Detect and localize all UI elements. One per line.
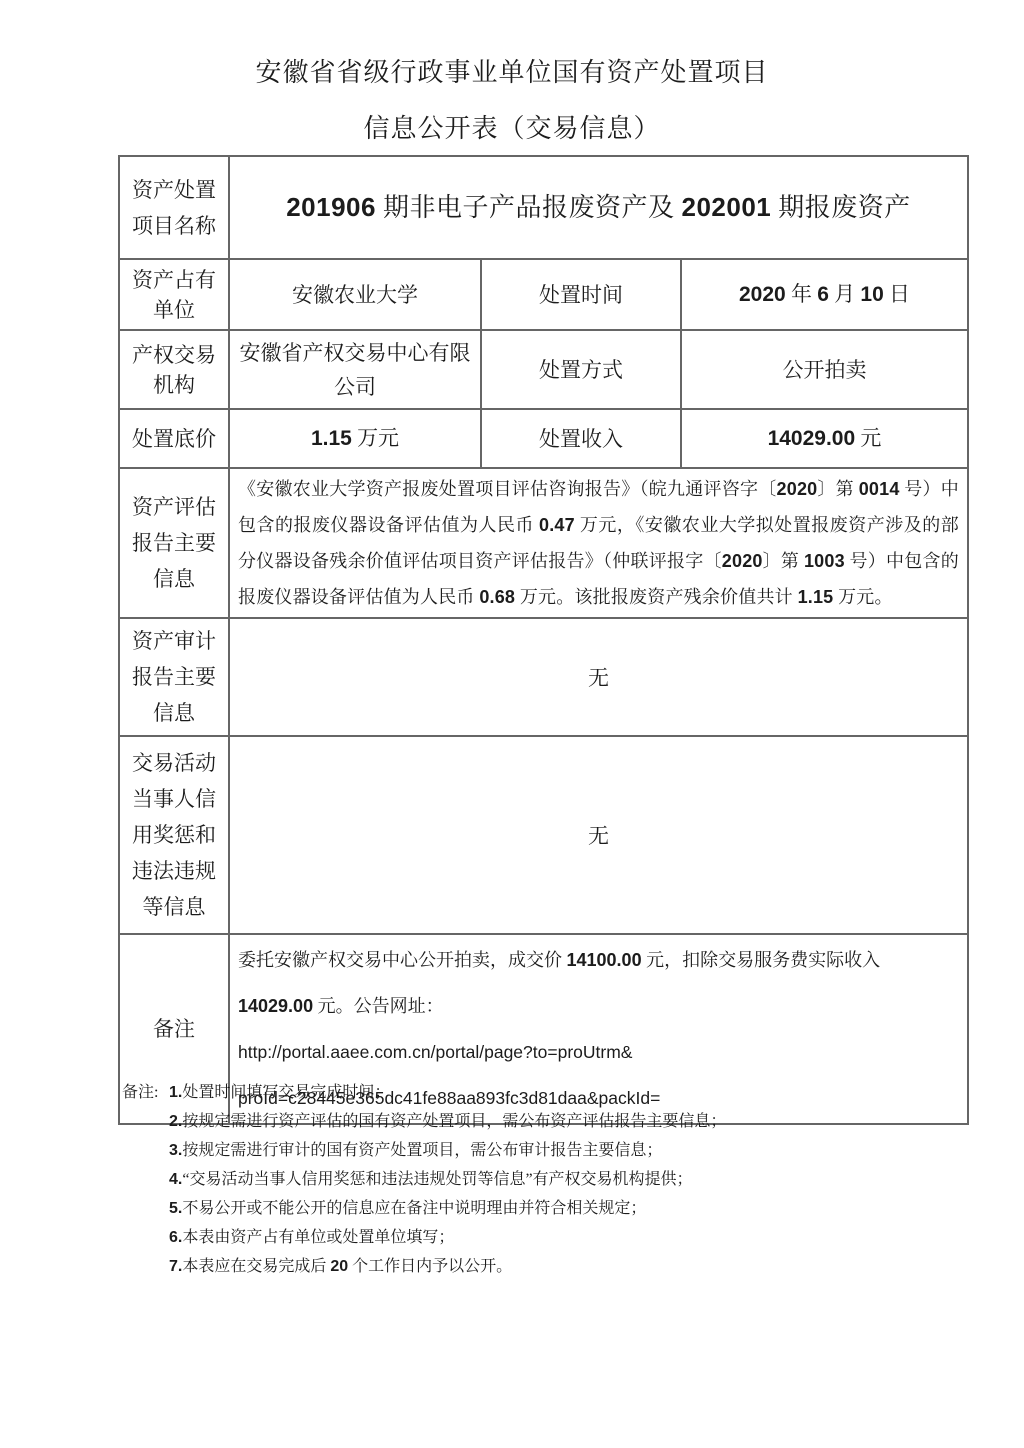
footnotes-label: 备注:	[122, 1078, 169, 1107]
label-audit-report: 资产审计 报告主要 信息	[119, 618, 229, 736]
announcement-url-line1: http://portal.aaee.com.cn/portal/page?to…	[238, 1029, 959, 1075]
table-row: 资产占有 单位 安徽农业大学 处置时间 2020 年 6 月 10 日	[119, 259, 968, 330]
value-asset-holder: 安徽农业大学	[229, 259, 481, 330]
value-floor-price: 1.15 万元	[229, 409, 481, 468]
footnote-item-3: 3.按规定需进行审计的国有资产处置项目，需公布审计报告主要信息；	[169, 1136, 972, 1165]
value-disposal-income: 14029.00 元	[681, 409, 968, 468]
footnotes: 备注:1.处置时间填写交易完成时间； 2.按规定需进行资产评估的国有资产处置项目…	[122, 1078, 972, 1281]
document-page: 安徽省省级行政事业单位国有资产处置项目 信息公开表（交易信息） 资产处置 项目名…	[0, 0, 1024, 1448]
value-appraisal-report: 《安徽农业大学资产报废处置项目评估咨询报告》（皖九通评咨字〔2020〕第 001…	[229, 468, 968, 618]
remark-text-line1: 委托安徽产权交易中心公开拍卖，成交价 14100.00 元，扣除交易服务费实际收…	[238, 937, 959, 983]
table-row: 交易活动 当事人信 用奖惩和 违法违规 等信息 无	[119, 736, 968, 934]
footnote-item-6: 6.本表由资产占有单位或处置单位填写；	[169, 1223, 972, 1252]
disclosure-table: 资产处置 项目名称 201906 期非电子产品报废资产及 202001 期报废资…	[118, 155, 969, 1125]
label-credit-info: 交易活动 当事人信 用奖惩和 违法违规 等信息	[119, 736, 229, 934]
table-row: 资产评估 报告主要 信息 《安徽农业大学资产报废处置项目评估咨询报告》（皖九通评…	[119, 468, 968, 618]
label-appraisal-report: 资产评估 报告主要 信息	[119, 468, 229, 618]
doc-title-line1: 安徽省省级行政事业单位国有资产处置项目	[0, 58, 1024, 88]
value-audit-report: 无	[229, 618, 968, 736]
table-row: 资产处置 项目名称 201906 期非电子产品报废资产及 202001 期报废资…	[119, 156, 968, 259]
footnote-item-1: 1.处置时间填写交易完成时间；	[169, 1084, 390, 1101]
table-row: 资产审计 报告主要 信息 无	[119, 618, 968, 736]
footnote-item-7: 7.本表应在交易完成后 20 个工作日内予以公开。	[169, 1252, 972, 1281]
value-credit-info: 无	[229, 736, 968, 934]
value-disposal-method: 公开拍卖	[681, 330, 968, 409]
label-exchange-agency: 产权交易 机构	[119, 330, 229, 409]
label-floor-price: 处置底价	[119, 409, 229, 468]
label-disposal-method: 处置方式	[481, 330, 681, 409]
value-project-name: 201906 期非电子产品报废资产及 202001 期报废资产	[229, 156, 968, 259]
value-exchange-agency: 安徽省产权交易中心有限 公司	[229, 330, 481, 409]
footnote-item-4: 4.“交易活动当事人信用奖惩和违法违规处罚等信息”有产权交易机构提供；	[169, 1165, 972, 1194]
label-disposal-time: 处置时间	[481, 259, 681, 330]
footnote-item-5: 5.不易公开或不能公开的信息应在备注中说明理由并符合相关规定；	[169, 1194, 972, 1223]
label-project-name: 资产处置 项目名称	[119, 156, 229, 259]
label-disposal-income: 处置收入	[481, 409, 681, 468]
label-asset-holder: 资产占有 单位	[119, 259, 229, 330]
remark-text-line2: 14029.00 元。公告网址：	[238, 983, 959, 1029]
value-disposal-time: 2020 年 6 月 10 日	[681, 259, 968, 330]
table-row: 处置底价 1.15 万元 处置收入 14029.00 元	[119, 409, 968, 468]
doc-title-line2: 信息公开表（交易信息）	[0, 114, 1024, 144]
footnote-item-2: 2.按规定需进行资产评估的国有资产处置项目，需公布资产评估报告主要信息；	[169, 1107, 972, 1136]
table-row: 产权交易 机构 安徽省产权交易中心有限 公司 处置方式 公开拍卖	[119, 330, 968, 409]
